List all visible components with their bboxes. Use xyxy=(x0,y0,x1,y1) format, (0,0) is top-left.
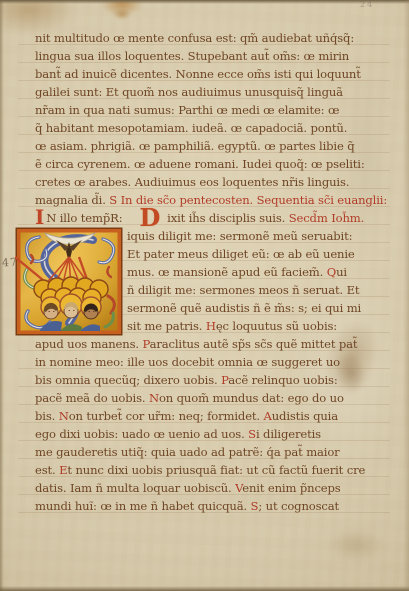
text-line: cretes œ arabes. Audiuimus eos loquentes… xyxy=(35,176,349,189)
text-segment: on turbet̃ cor ur̃m: neq; formidet. xyxy=(69,409,264,423)
text-line: ẽ circa cyrenem. œ aduene romani. Iudei … xyxy=(35,158,365,171)
text-segment: t nunc dixi uobis priusquã fiat: ut cũ f… xyxy=(67,463,365,477)
pentecost-historiated-initial xyxy=(15,227,123,336)
text-line: sermonẽ quẽ audistis ñ ẽ m̃s: s; ei qui … xyxy=(127,302,361,315)
text-segment: nit multitudo œ mente confusa est: qm̃ a… xyxy=(35,31,354,45)
text-line: nit multitudo œ mente confusa est: qm̃ a… xyxy=(35,32,354,45)
text-line: lingua sua illos loquentes. Stupebant au… xyxy=(35,50,349,63)
text-line: in nomine meo: ille uos docebit omnia œ … xyxy=(35,356,340,369)
text-line: bant̃ ad inuicẽ dicentes. Nonne ecce om̃… xyxy=(35,68,361,81)
text-line: mundi huĩ: œ in me ñ habet quicquã. S; u… xyxy=(35,500,339,513)
text-segment: N xyxy=(149,391,159,405)
initial-artwork xyxy=(15,227,123,336)
text-segment: est. xyxy=(35,463,59,477)
text-segment: iquis diligit me: sermonẽ meũ seruabit: xyxy=(127,229,352,243)
text-line: Et pater meus diliget eũ: œ ab eũ uenie xyxy=(127,248,355,261)
text-line: galilei sunt: Et quom̃ nos audiuimus unu… xyxy=(35,86,343,99)
text-segment: datis. Iam ñ multa loquar uobiscũ. xyxy=(35,481,235,495)
text-segment: N illo temp̃R: xyxy=(46,211,122,225)
text-segment: bis. xyxy=(35,409,59,423)
text-segment: Et pater meus diliget eũ: œ ab eũ uenie xyxy=(127,247,355,261)
text-line: me gauderetis utiq̃: quia uado ad patrẽ:… xyxy=(35,446,340,459)
text-segment: magnalia d̃i. xyxy=(35,193,109,207)
text-segment: Secd̃m Ioh̃m. xyxy=(289,211,364,225)
text-segment: in nomine meo: ille uos docebit omnia œ … xyxy=(35,355,340,369)
text-line: datis. Iam ñ multa loquar uobiscũ. Venit… xyxy=(35,482,341,495)
text-segment: ; ut cognoscat xyxy=(258,499,339,513)
text-segment: N xyxy=(59,409,69,423)
text-segment: bant̃ ad inuicẽ dicentes. Nonne ecce om̃… xyxy=(35,67,361,81)
text-segment: me gauderetis utiq̃: quia uado ad patrẽ:… xyxy=(35,445,340,459)
text-line: q̃ habitant mesopotamiam. iudeã. œ capad… xyxy=(35,122,347,135)
page-edge-bottom xyxy=(0,586,409,591)
text-segment: pacẽ meã do uobis. xyxy=(35,391,149,405)
text-segment: Q xyxy=(327,265,336,279)
text-segment: P xyxy=(142,337,149,351)
text-segment: enit enim p̃nceps xyxy=(242,481,340,495)
text-line: est. Et nunc dixi uobis priusquã fiat: u… xyxy=(35,464,365,477)
text-segment: A xyxy=(264,409,272,423)
text-segment: nr̃am in qua nati sumus: Parthi œ medi œ… xyxy=(35,103,339,117)
text-segment: ui xyxy=(336,265,347,279)
text-segment: I xyxy=(35,205,44,229)
text-segment: udistis quia xyxy=(272,409,338,423)
text-segment: cretes œ arabes. Audiuimus eos loquentes… xyxy=(35,175,349,189)
text-segment: ixit ih̃s disciplis suis. xyxy=(167,211,289,225)
text-segment: lingua sua illos loquentes. Stupebant au… xyxy=(35,49,349,63)
text-line: sit me patris. Hęc loquutus sũ uobis: xyxy=(127,320,337,333)
text-line: œ asiam. phrigiã. œ pamphiliã. egyptũ. œ… xyxy=(35,140,355,153)
page-edge-left xyxy=(0,0,4,591)
text-segment: apud uos manens. xyxy=(35,337,142,351)
text-segment: œ asiam. phrigiã. œ pamphiliã. egyptũ. œ… xyxy=(35,139,355,153)
text-line: pacẽ meã do uobis. Non quom̃ mundus dat:… xyxy=(35,392,344,405)
text-segment: araclitus autẽ sp̃s sc̃s quẽ mittet pat̃ xyxy=(150,337,358,351)
manuscript-page: 24 47 nit multitudo œ mente confusa est:… xyxy=(0,0,409,591)
text-line: bis omnia quecũq; dixero uobis. Pacẽ rel… xyxy=(35,374,338,387)
text-segment: mundi huĩ: œ in me ñ habet quicquã. xyxy=(35,499,251,513)
text-segment: mus. œ mansionẽ apud eũ faciem̃. xyxy=(127,265,327,279)
page-edge-top xyxy=(0,0,409,4)
text-segment: sit me patris. xyxy=(127,319,206,333)
page-edge-right xyxy=(403,0,409,591)
text-segment: ego dixi uobis: uado œ uenio ad uos. xyxy=(35,427,248,441)
text-line: IN illo temp̃R:Dixit ih̃s disciplis suis… xyxy=(35,212,364,225)
text-line: apud uos manens. Paraclitus autẽ sp̃s sc… xyxy=(35,338,357,351)
text-segment: q̃ habitant mesopotamiam. iudeã. œ capad… xyxy=(35,121,347,135)
text-line: magnalia d̃i. S In die sc̃o pentecosten.… xyxy=(35,194,387,207)
text-segment: on quom̃ mundus dat: ego do uo xyxy=(159,391,344,405)
text-segment: ñ diligit me: sermones meos ñ seruat. Et xyxy=(127,283,359,297)
text-segment: H xyxy=(206,319,216,333)
text-segment: i diligeretis xyxy=(256,427,321,441)
text-line: ego dixi uobis: uado œ uenio ad uos. Si … xyxy=(35,428,321,441)
text-segment: acẽ relinquo uobis: xyxy=(228,373,337,387)
text-line: nr̃am in qua nati sumus: Parthi œ medi œ… xyxy=(35,104,339,117)
text-line: mus. œ mansionẽ apud eũ faciem̃. Qui xyxy=(127,266,347,279)
text-segment: ẽ circa cyrenem. œ aduene romani. Iudei … xyxy=(35,157,365,171)
text-line: bis. Non turbet̃ cor ur̃m: neq; formidet… xyxy=(35,410,338,423)
text-segment: galilei sunt: Et quom̃ nos audiuimus unu… xyxy=(35,85,343,99)
text-segment: sermonẽ quẽ audistis ñ ẽ m̃s: s; ei qui … xyxy=(127,301,361,315)
text-segment: bis omnia quecũq; dixero uobis. xyxy=(35,373,221,387)
text-line: ñ diligit me: sermones meos ñ seruat. Et xyxy=(127,284,359,297)
text-segment: ęc loquutus sũ uobis: xyxy=(216,319,337,333)
text-line: iquis diligit me: sermonẽ meũ seruabit: xyxy=(127,230,352,243)
text-segment: D xyxy=(139,203,160,232)
text-segment: S xyxy=(248,427,256,441)
